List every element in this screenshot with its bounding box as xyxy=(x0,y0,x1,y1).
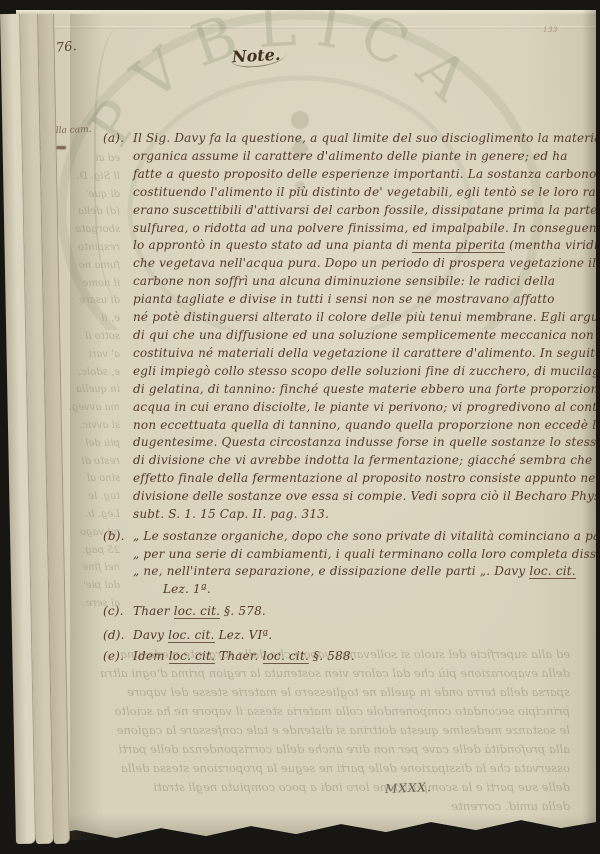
footnote-b-line: „ Le sostanze organiche, dopo che sono p… xyxy=(133,528,600,546)
cited-author: Thaer xyxy=(133,604,174,618)
underlined-phrase: menta piperita xyxy=(412,238,505,253)
bleedthrough-line: le sostanze medesime questa dottrina si … xyxy=(35,721,570,740)
footnote-a-line: effetto finale della fermentazione al pr… xyxy=(133,470,600,488)
footnote-a-line: dugentesime. Questa circostanza indusse … xyxy=(133,434,600,452)
bleedthrough-line: principio secondato componendole colla m… xyxy=(35,702,570,721)
citation-ref: §. 588. xyxy=(309,649,355,663)
underlined-citation: loc. cit. xyxy=(168,628,214,643)
cited-author: Thaer. xyxy=(215,649,262,663)
bleedthrough-line: della evaporazione più che dal calore vi… xyxy=(35,664,570,683)
footnote-a-line: divisione delle sostanze ove essa si com… xyxy=(133,488,600,506)
footnote-a-line: erano suscettibili d'attivarsi del carbo… xyxy=(133,202,600,220)
footnote-b-line: Lez. 1ª. xyxy=(133,581,600,599)
footnote-a-line: lo approntò in questo stato ad una piant… xyxy=(133,237,600,255)
footnote-a-line: non eccettuata quella di tannino, quando… xyxy=(133,417,600,435)
stamp-crest-circle xyxy=(291,111,309,129)
footnote-c-label: (c). xyxy=(103,604,133,618)
footnote-a-text: (mentha viridis) xyxy=(505,238,600,252)
footnote-c: (c).Thaer loc. cit. §. 578. xyxy=(103,604,266,618)
citation-ref: §. 578. xyxy=(220,604,266,618)
footnote-b: (b). „ Le sostanze organiche, dopo che s… xyxy=(103,528,600,598)
footnote-a-line: acqua in cui erano disciolte, le piante … xyxy=(133,399,600,417)
footnote-a-line: costituiva né materiali della vegetazion… xyxy=(133,345,600,363)
bleedthrough-block: ed alla superficie del suolo si sollevan… xyxy=(35,645,570,816)
footnote-a-line: fatte a questo proposito delle esperienz… xyxy=(133,166,600,184)
footnote-a-line: sulfurea, o ridotta ad una polvere finis… xyxy=(133,220,600,238)
footnote-a-line: che vegetava nell'acqua pura. Dopo un pe… xyxy=(133,255,600,273)
footnote-b-text: „ ne, nell'intera separazione, e dissipa… xyxy=(133,564,494,578)
underlined-citation: loc. cit. xyxy=(263,649,309,664)
footnote-a-line: pianta tagliate e divise in tutti i sens… xyxy=(133,291,600,309)
footnote-d-label: (d). xyxy=(103,628,133,642)
footnote-a-line: egli impiegò collo stesso scopo delle so… xyxy=(133,363,600,381)
underlined-citation: loc. cit. xyxy=(169,649,215,664)
roman-numeral-mark: MXXX. xyxy=(385,780,432,796)
cited-author: Davy xyxy=(494,564,529,578)
folio-number: 76. xyxy=(55,39,77,56)
bleedthrough-line: sparsa della terra onde in quella ne tog… xyxy=(35,683,570,702)
footnote-e-label: (e). xyxy=(103,649,133,663)
cited-author: Idem xyxy=(133,649,169,663)
torn-bottom-shadow xyxy=(16,814,596,840)
footnote-a-label: (a). xyxy=(103,130,124,148)
footnote-e: (e).Idem loc. cit. Thaer. loc. cit. §. 5… xyxy=(103,649,355,663)
bleedthrough-line: alla profondità delle cave per non dire … xyxy=(35,740,570,759)
footnote-b-line: „ ne, nell'intera separazione, e dissipa… xyxy=(133,563,600,581)
manuscript-page: PVBLICA 76. 133 Note. ciò è alla cam. ▬▬… xyxy=(16,10,596,840)
underlined-citation: loc. cit. xyxy=(174,604,220,619)
footnote-a: (a). Il Sig. Davy fa la questione, a qua… xyxy=(103,130,600,524)
footnote-a-line: né potè distinguersi alterato il colore … xyxy=(133,309,600,327)
footnote-a-line: Il Sig. Davy fa la questione, a qual lim… xyxy=(133,130,600,148)
footnote-a-text: lo approntò in questo stato ad una piant… xyxy=(133,238,412,252)
manuscript-photo: PVBLICA 76. 133 Note. ciò è alla cam. ▬▬… xyxy=(0,0,600,854)
cited-author: Davy xyxy=(133,628,168,642)
bleedthrough-line: della umid. corrente xyxy=(35,797,570,816)
citation-ref: Lez. VIª. xyxy=(215,628,273,642)
footnote-a-line: subt. S. 1. 15 Cap. II. pag. 313. xyxy=(133,506,600,524)
footnote-a-line: costituendo l'alimento il più distinto d… xyxy=(133,184,600,202)
bleedthrough-line: osservata che la dissipazione delle part… xyxy=(35,759,570,778)
footnote-a-line: di divisione che vi avrebbe indotta la f… xyxy=(133,452,600,470)
footnote-b-label: (b). xyxy=(103,528,125,546)
footnote-d: (d).Davy loc. cit. Lez. VIª. xyxy=(103,628,272,642)
footnote-a-line: di qui che una diffusione ed una soluzio… xyxy=(133,327,600,345)
bleedthrough-line: delle sue parti e la scomposizione loro … xyxy=(35,778,570,797)
footnote-a-line: carbone non soffrì una alcuna diminuzion… xyxy=(133,273,600,291)
underlined-citation: loc. cit. xyxy=(529,564,575,579)
footnote-a-line: di gelatina, di tannino: finché queste m… xyxy=(133,381,600,399)
footnote-b-line: „ per una serie di cambiamenti, i quali … xyxy=(133,546,600,564)
footnote-a-line: organica assume il carattere d'alimento … xyxy=(133,148,600,166)
